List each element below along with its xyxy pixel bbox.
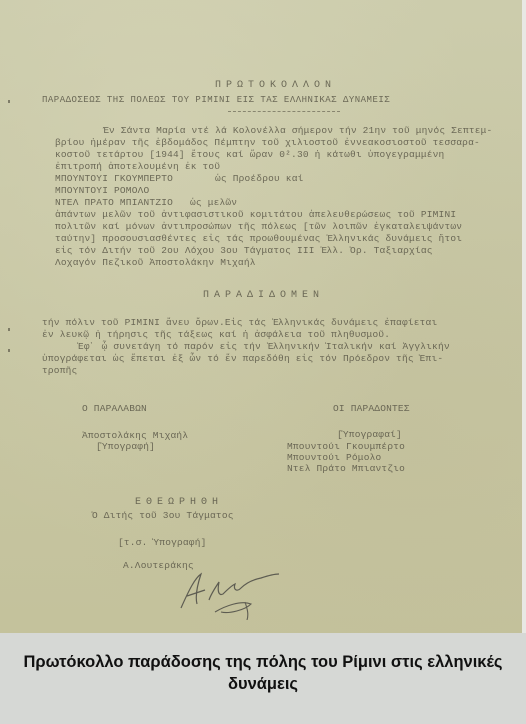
document-scan: ΠΡΩΤΟΚΟΛΛΟΝ ΠΑΡΑΔΟΣΕΩΣ ΤΗΣ ΠΟΛΕΩΣ ΤΟΥ ΡΙ… bbox=[0, 0, 522, 633]
margin-mark bbox=[8, 328, 10, 331]
handover-line: τροπῆς bbox=[42, 365, 77, 376]
title-underline bbox=[228, 111, 340, 113]
member-role: ὡς μελῶν bbox=[190, 197, 237, 208]
member-name: ΜΠΟΥΝΤΟΥΙ ΓΚΟΥΜΠΕΡΤΟ bbox=[55, 173, 173, 184]
handover-line: τήν πόλιν τοῦ ΡΙΜΙΝΙ ἄνευ ὅρων.Εἰς τάς Ἑ… bbox=[42, 317, 437, 328]
intro-line: ἐπιτροπή ἀποτελουμένη ἐκ τοῦ bbox=[55, 161, 220, 172]
member-name: ΝΤΕΛ ΠΡΑΤΟ ΜΠΙΑΝΤΖΙΟ bbox=[55, 197, 173, 208]
deliverer-name: Μπουντούι Γκουμπέρτο bbox=[287, 441, 405, 452]
document-edge bbox=[522, 0, 526, 633]
body-line: ἁπάντων μελῶν τοῦ ἀντιφασιστικοῦ κομιτάτ… bbox=[55, 209, 456, 220]
deliverers-heading: ΟΙ ΠΑΡΑΔΟΝΤΕΣ bbox=[333, 403, 410, 414]
intro-line: Έν Σάντα Μαρία ντέ λά Κολονέλλα σήμερον … bbox=[103, 125, 492, 136]
deliverer-name: Ντελ Πράτο Μπιαντζιο bbox=[287, 463, 405, 474]
approval-role: Ὁ Διτής τοῦ 3ου Τάγματος bbox=[92, 510, 234, 521]
caption-bar: Πρωτόκολλο παράδοσης της πόλης του Ρίμιν… bbox=[0, 633, 526, 724]
handover-line: Ἐφ᾽ ᾧ συνετάγη τό παρόν εἰς τήν Ἑλληνική… bbox=[78, 341, 450, 352]
receiver-signed: [Ὑπογραφή] bbox=[96, 441, 155, 452]
deliverers-signed: [Ὑπογραφαί] bbox=[337, 429, 402, 440]
section-heading: ΠΑΡΑΔΙΔΟΜΕΝ bbox=[203, 290, 324, 301]
receiver-name: Ἀποστολάκης Μιχαήλ bbox=[82, 430, 188, 441]
body-line: εἰς τόν Διτήν τοῦ 2ου Λόχου 3ου Τάγματος… bbox=[55, 245, 433, 256]
margin-mark bbox=[8, 100, 10, 103]
document-subtitle: ΠΑΡΑΔΟΣΕΩΣ ΤΗΣ ΠΟΛΕΩΣ ΤΟΥ ΡΙΜΙΝΙ ΕΙΣ ΤΑΣ… bbox=[42, 95, 390, 106]
body-line: πολιτῶν καί μόνων ἀντιπροσώπων τῆς πόλεω… bbox=[55, 221, 462, 232]
document-title: ΠΡΩΤΟΚΟΛΛΟΝ bbox=[215, 80, 336, 91]
caption-text: Πρωτόκολλο παράδοσης της πόλης του Ρίμιν… bbox=[8, 651, 518, 695]
intro-line: κοστοῦ τετάρτου [1944] ἔτους καί ὥραν 0²… bbox=[55, 149, 444, 160]
body-line: ταύτην] προσουσιασθέντες εἰς τάς προωθου… bbox=[55, 233, 462, 244]
body-line: Λοχαγόν Πεζικοῦ Ἀποστολάκην Μιχαήλ bbox=[55, 257, 256, 268]
member-name: ΜΠΟΥΝΤΟΥΙ ΡΟΜΟΛΟ bbox=[55, 185, 149, 196]
handwritten-signature bbox=[175, 560, 285, 620]
intro-line: βρίου ἡμέραν τῆς ἑβδομάδος Πέμπτην τοῦ χ… bbox=[55, 137, 480, 148]
margin-mark bbox=[8, 349, 10, 352]
handover-line: ὑπογράφεται ὡς ἕπεται ἐξ ὧν τό ἕν παρεδό… bbox=[42, 353, 443, 364]
deliverer-name: Μπουντούι Ρόμολο bbox=[287, 452, 381, 463]
member-role: ὡς Προέδρου καί bbox=[215, 173, 304, 184]
receiver-heading: Ο ΠΑΡΑΛΑΒΩΝ bbox=[82, 403, 147, 414]
approval-heading: ΕΘΕΩΡΗΘΗ bbox=[135, 497, 223, 508]
handover-line: ἐν λευκῷ ἡ τήρησις τῆς τάξεως καί ἡ ἀσφά… bbox=[42, 329, 390, 340]
approval-signed: [τ.σ. Ὑπογραφή] bbox=[118, 537, 207, 548]
